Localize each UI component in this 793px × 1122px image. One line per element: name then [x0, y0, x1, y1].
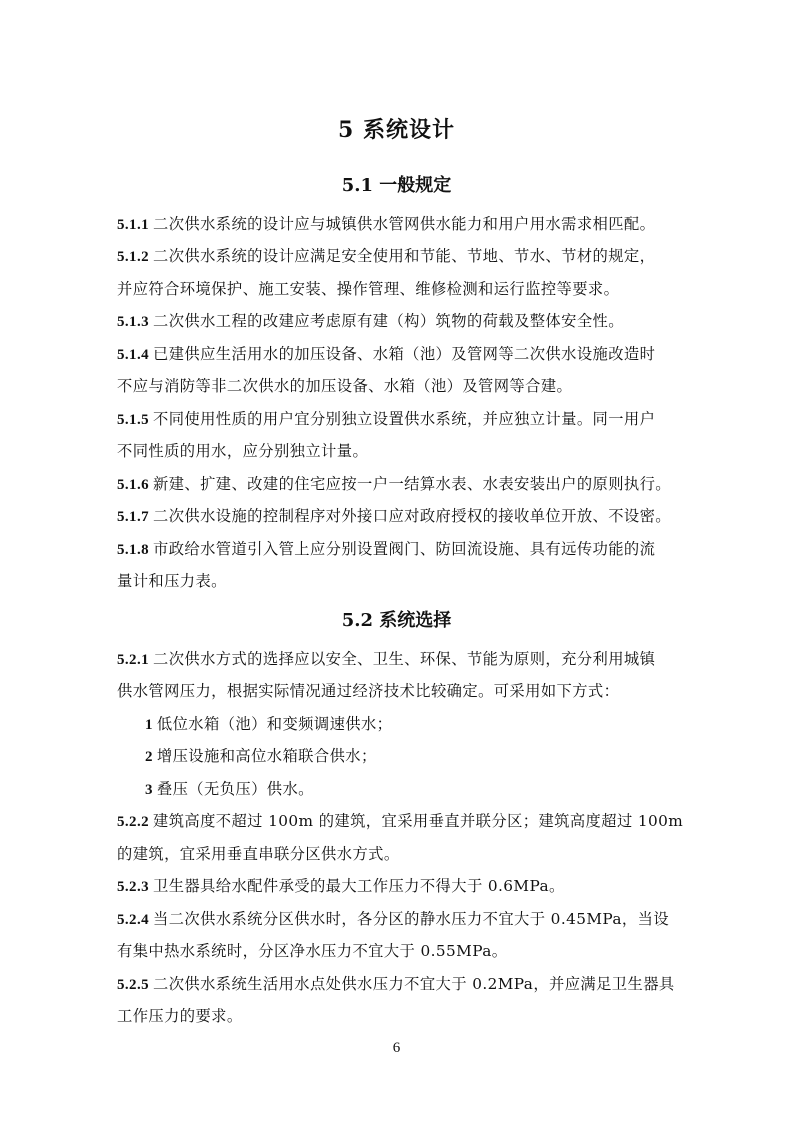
clause-continuation: 有集中热水系统时，分区净水压力不宜大于 0.55MPa。 [117, 941, 677, 961]
clause-number: 5.2.5 [117, 977, 149, 993]
clause-number: 5.2.2 [117, 814, 149, 830]
clause-text: 卫生器具给水配件承受的最大工作压力不得大于 0.6MPa。 [153, 877, 565, 895]
clause: 5.2.2建筑高度不超过 100m 的建筑，宜采用垂直并联分区；建筑高度超过 1… [117, 811, 677, 832]
page-number: 6 [0, 1040, 793, 1057]
clause-text: 二次供水方式的选择应以安全、卫生、环保、节能为原则，充分利用城镇 [153, 650, 655, 668]
clause-number: 5.1.2 [117, 249, 149, 265]
clause-text: 新建、扩建、改建的住宅应按一户一结算水表、水表安装出户的原则执行。 [153, 475, 671, 493]
clause-text: 不同使用性质的用户宜分别独立设置供水系统，并应独立计量。同一用户 [153, 410, 655, 428]
clause-continuation: 不同性质的用水，应分别独立计量。 [117, 441, 677, 461]
clause: 5.1.4已建供应生活用水的加压设备、水箱（池）及管网等二次供水设施改造时 [117, 344, 677, 365]
clause-text: 二次供水设施的控制程序对外接口应对政府授权的接收单位开放、不设密。 [153, 507, 671, 525]
list-item: 1低位水箱（池）和变频调速供水； [145, 714, 705, 735]
clause-text: 二次供水系统的设计应满足安全使用和节能、节地、节水、节材的规定， [153, 247, 655, 265]
clause-number: 5.2.3 [117, 879, 149, 895]
list-item-text: 增压设施和高位水箱联合供水； [157, 747, 377, 765]
list-item-number: 1 [145, 717, 153, 733]
clause: 5.1.8市政给水管道引入管上应分别设置阀门、防回流设施、具有远传功能的流 [117, 539, 677, 560]
clause: 5.1.3二次供水工程的改建应考虑原有建（构）筑物的荷载及整体安全性。 [117, 311, 677, 332]
clause-number: 5.1.1 [117, 217, 149, 233]
clause-text: 当二次供水系统分区供水时，各分区的静水压力不宜大于 0.45MPa，当设 [153, 910, 669, 928]
clause-text: 二次供水系统的设计应与城镇供水管网供水能力和用户用水需求相匹配。 [153, 215, 655, 233]
clause-text: 市政给水管道引入管上应分别设置阀门、防回流设施、具有远传功能的流 [153, 540, 655, 558]
clause: 5.2.3卫生器具给水配件承受的最大工作压力不得大于 0.6MPa。 [117, 876, 677, 897]
section-title: 5.2 系统选择 [0, 606, 793, 632]
clause-continuation: 并应符合环境保护、施工安装、操作管理、维修检测和运行监控等要求。 [117, 279, 677, 299]
clause-number: 5.1.5 [117, 412, 149, 428]
clause-continuation: 供水管网压力，根据实际情况通过经济技术比较确定。可采用如下方式： [117, 681, 677, 701]
list-item: 3叠压（无负压）供水。 [145, 779, 705, 800]
clause: 5.1.5不同使用性质的用户宜分别独立设置供水系统，并应独立计量。同一用户 [117, 409, 677, 430]
document-page: 5 系统设计 5.1 一般规定 5.1.1二次供水系统的设计应与城镇供水管网供水… [0, 0, 793, 1122]
list-item-number: 3 [145, 782, 153, 798]
clause-continuation: 不应与消防等非二次供水的加压设备、水箱（池）及管网等合建。 [117, 376, 677, 396]
clause: 5.1.6新建、扩建、改建的住宅应按一户一结算水表、水表安装出户的原则执行。 [117, 474, 677, 495]
clause-text: 建筑高度不超过 100m 的建筑，宜采用垂直并联分区；建筑高度超过 100m [153, 812, 683, 830]
clause-continuation: 量计和压力表。 [117, 571, 677, 591]
clause-continuation: 工作压力的要求。 [117, 1006, 677, 1026]
clause: 5.1.2二次供水系统的设计应满足安全使用和节能、节地、节水、节材的规定， [117, 246, 677, 267]
clause-number: 5.2.1 [117, 652, 149, 668]
list-item-text: 低位水箱（池）和变频调速供水； [157, 715, 392, 733]
clause-number: 5.1.8 [117, 542, 149, 558]
list-item-number: 2 [145, 749, 153, 765]
clause: 5.2.5二次供水系统生活用水点处供水压力不宜大于 0.2MPa，并应满足卫生器… [117, 974, 677, 995]
chapter-title: 5 系统设计 [0, 113, 793, 144]
list-item: 2增压设施和高位水箱联合供水； [145, 746, 705, 767]
clause-number: 5.1.4 [117, 347, 149, 363]
clause-number: 5.1.7 [117, 509, 149, 525]
clause: 5.1.1二次供水系统的设计应与城镇供水管网供水能力和用户用水需求相匹配。 [117, 214, 677, 235]
clause: 5.1.7二次供水设施的控制程序对外接口应对政府授权的接收单位开放、不设密。 [117, 506, 677, 527]
clause-text: 二次供水工程的改建应考虑原有建（构）筑物的荷载及整体安全性。 [153, 312, 624, 330]
clause: 5.2.4当二次供水系统分区供水时，各分区的静水压力不宜大于 0.45MPa，当… [117, 909, 677, 930]
list-item-text: 叠压（无负压）供水。 [157, 780, 314, 798]
clause-text: 已建供应生活用水的加压设备、水箱（池）及管网等二次供水设施改造时 [153, 345, 655, 363]
clause: 5.2.1二次供水方式的选择应以安全、卫生、环保、节能为原则，充分利用城镇 [117, 649, 677, 670]
clause-number: 5.1.3 [117, 314, 149, 330]
clause-number: 5.2.4 [117, 912, 149, 928]
clause-number: 5.1.6 [117, 477, 149, 493]
section-title: 5.1 一般规定 [0, 171, 793, 197]
clause-continuation: 的建筑，宜采用垂直串联分区供水方式。 [117, 844, 677, 864]
clause-text: 二次供水系统生活用水点处供水压力不宜大于 0.2MPa，并应满足卫生器具 [153, 975, 675, 993]
